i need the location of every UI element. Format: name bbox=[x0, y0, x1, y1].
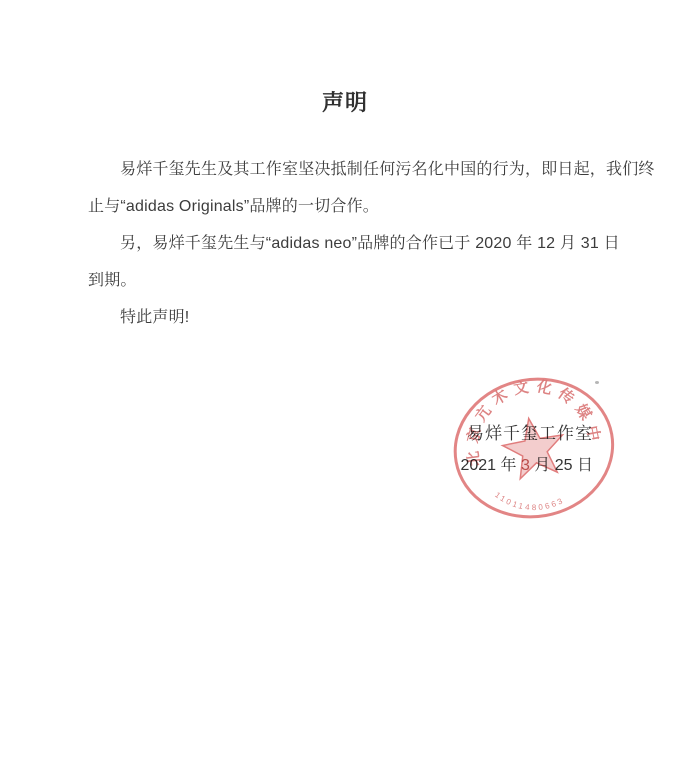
body-line-5: 特此声明! bbox=[88, 299, 648, 336]
body-line-3: 另，易烊千玺先生与“adidas neo”品牌的合作已于 2020 年 12 月… bbox=[88, 225, 648, 262]
signature-name: 易烊千玺工作室 bbox=[460, 419, 593, 444]
document-title: 声明 bbox=[0, 86, 690, 117]
signature-block: 易烊千玺工作室 2021 年 3 月 25 日 bbox=[460, 419, 593, 475]
body-line-1: 易烊千玺先生及其工作室坚决抵制任何污名化中国的行为，即日起，我们终 bbox=[88, 151, 648, 188]
body-line-4: 到期。 bbox=[88, 262, 648, 299]
date-month-digit: 3 bbox=[521, 457, 530, 474]
scan-artifact-mark bbox=[595, 381, 599, 384]
document-body: 易烊千玺先生及其工作室坚决抵制任何污名化中国的行为，即日起，我们终 止与“adi… bbox=[88, 151, 648, 336]
statement-document: 声明 易烊千玺先生及其工作室坚决抵制任何污名化中国的行为，即日起，我们终 止与“… bbox=[0, 0, 690, 775]
date-suffix: 月 25 日 bbox=[530, 457, 593, 474]
seal-serial-number: 11011480663 bbox=[492, 479, 567, 520]
signature-date: 2021 年 3 月 25 日 bbox=[460, 452, 593, 475]
date-prefix: 2021 年 bbox=[460, 457, 521, 474]
body-line-2: 止与“adidas Originals”品牌的一切合作。 bbox=[88, 188, 648, 225]
